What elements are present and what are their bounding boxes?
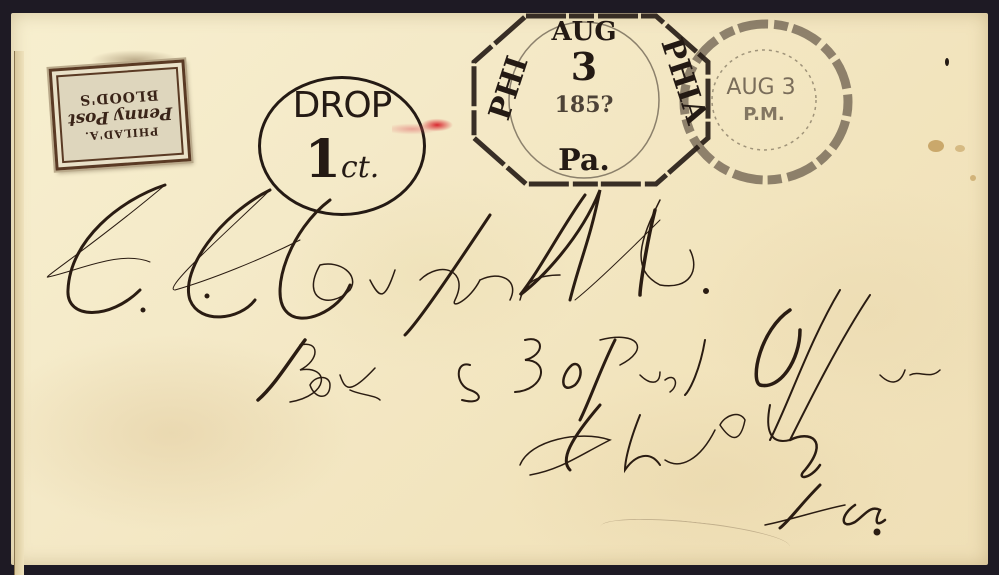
address-line-2 [258,290,940,440]
handwritten-address [0,0,999,575]
foxing-stain [928,140,944,152]
address-line-1 [47,185,708,335]
foxing-stain [955,145,965,152]
address-line-4 [765,485,885,535]
address-line-3 [520,405,820,477]
foxing-stain [970,175,976,181]
ink-speck [945,58,949,66]
